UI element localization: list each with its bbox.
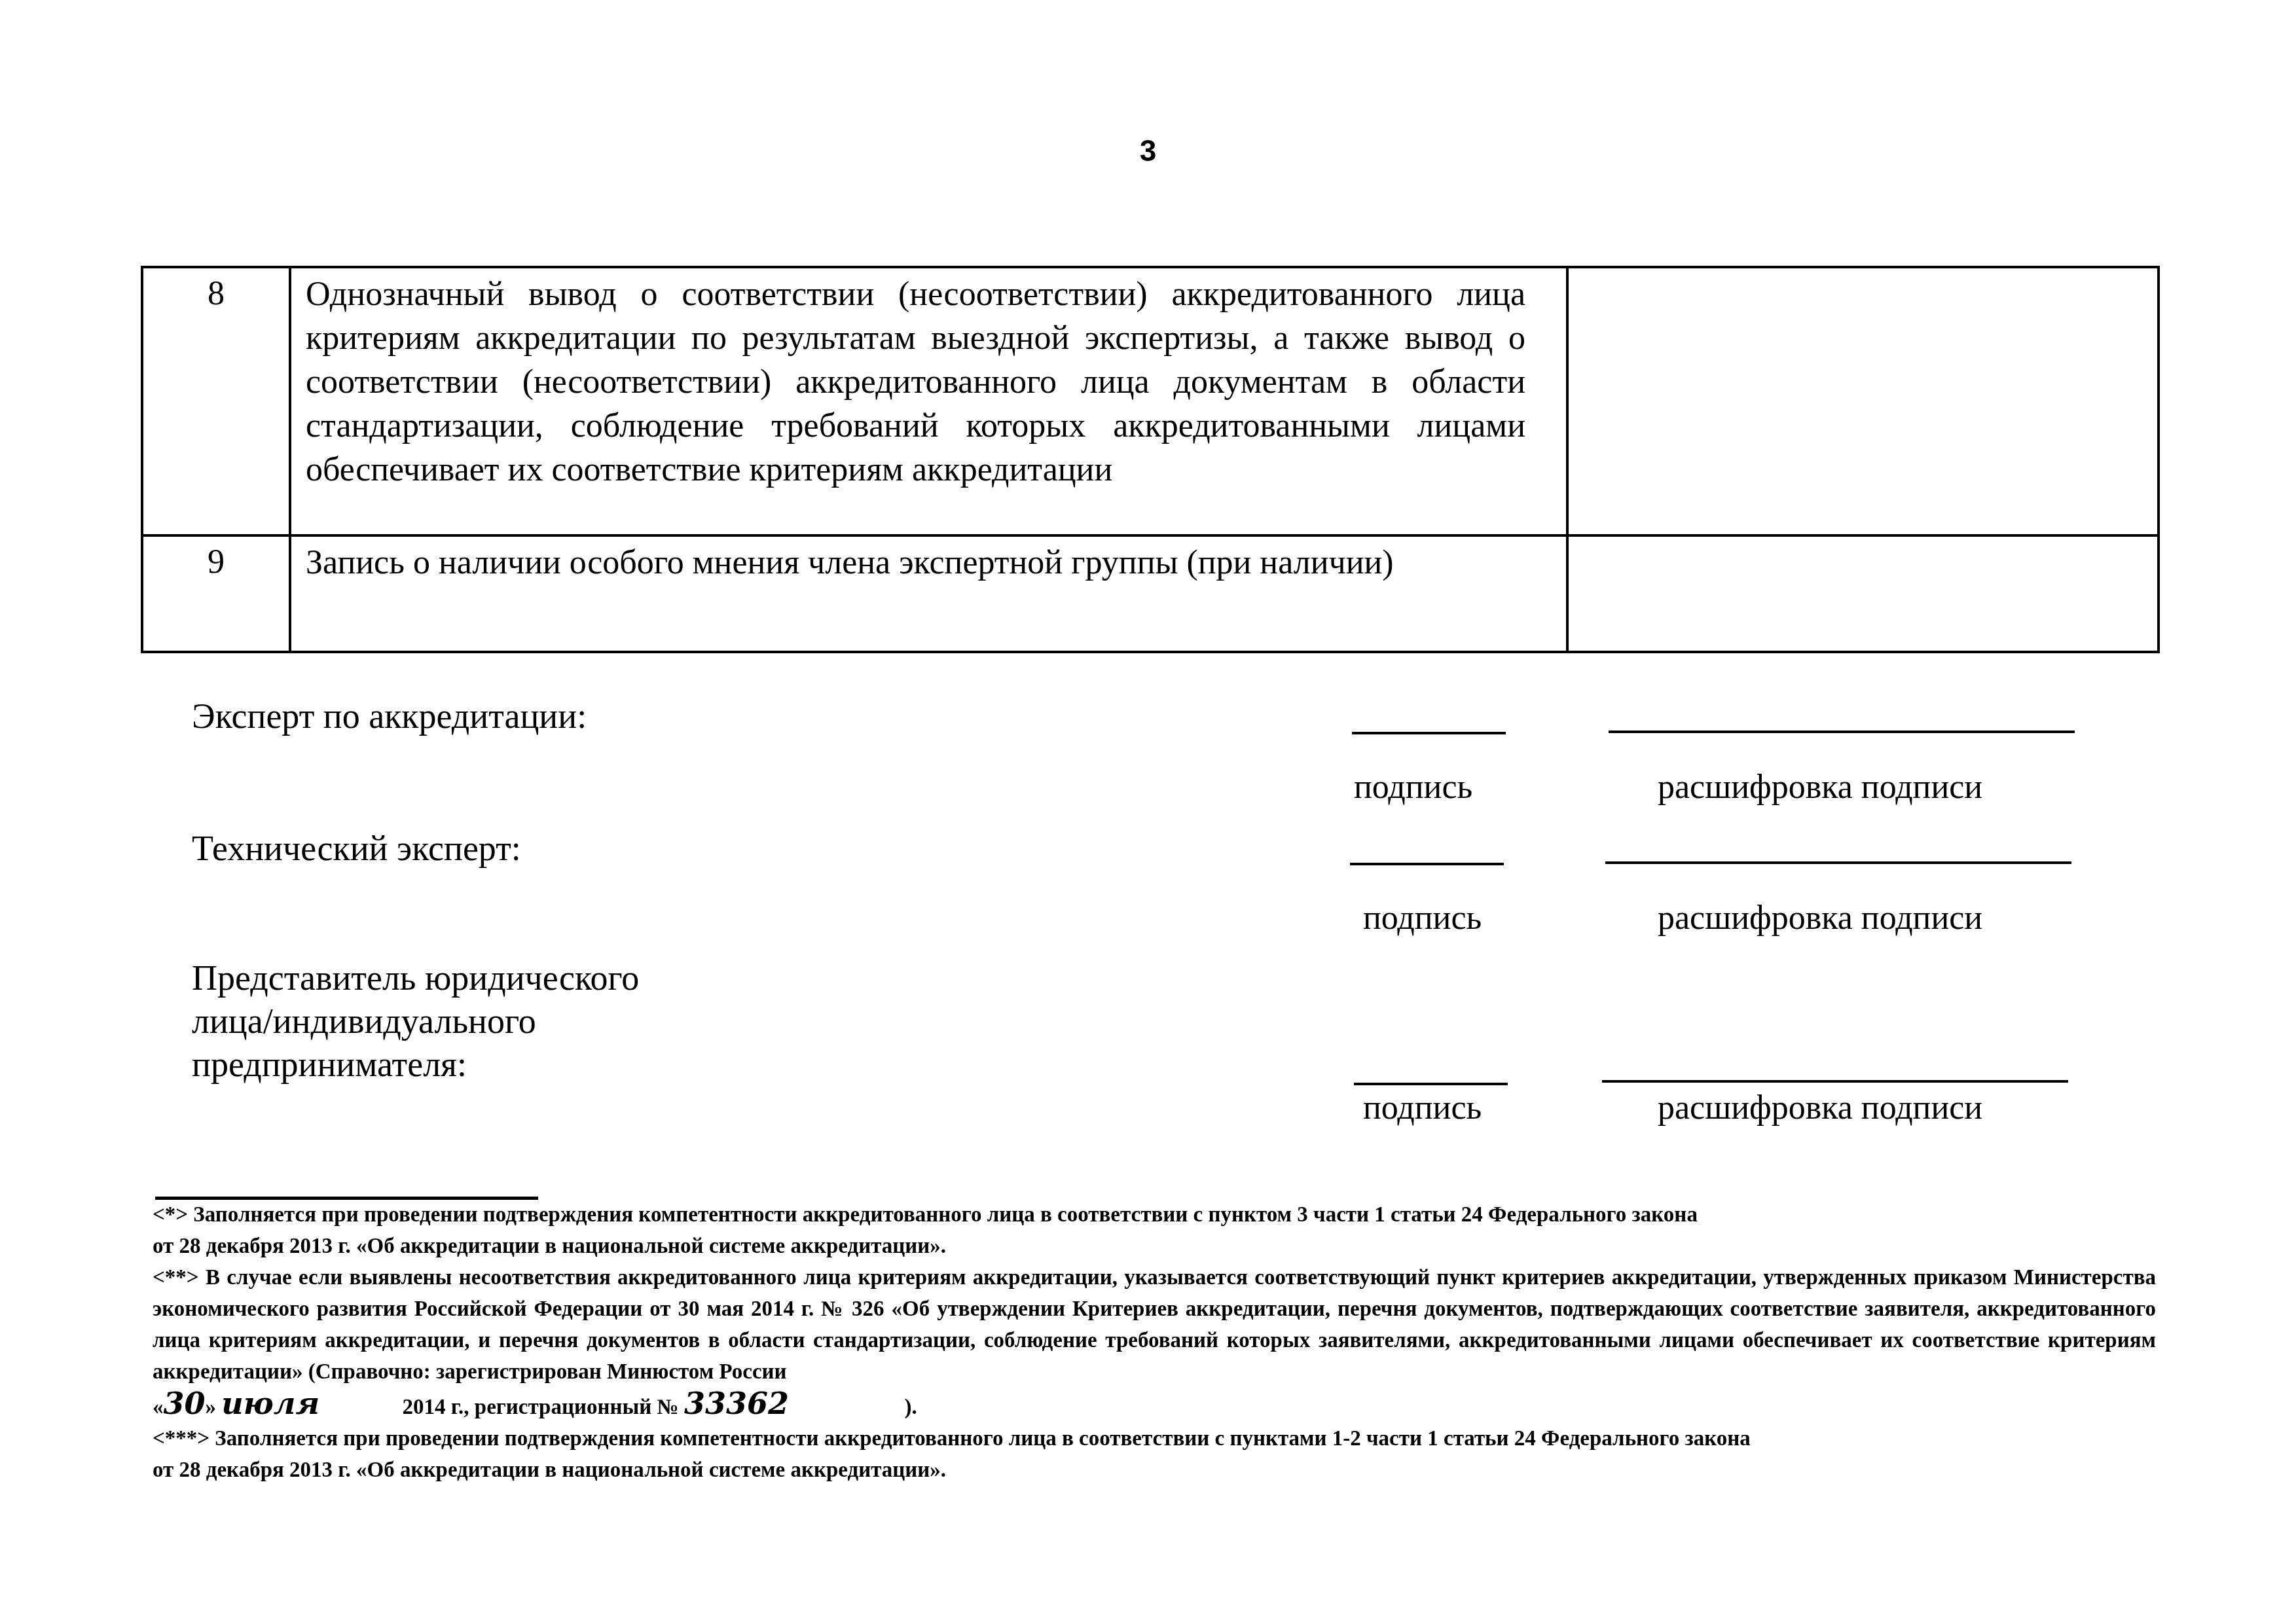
row-value-cell <box>1567 535 2159 652</box>
footnotes: <*> Заполняется при проведении подтвержд… <box>153 1199 2156 1486</box>
row-description: Однозначный вывод о соответствии (несоот… <box>290 267 1567 535</box>
footnote-1: <*> Заполняется при проведении подтвержд… <box>153 1199 2156 1262</box>
page-number: 3 <box>0 131 2296 170</box>
handwritten-day: 30 <box>164 1388 206 1419</box>
criteria-table: 8 Однозначный вывод о соответствии (несо… <box>141 266 2160 653</box>
signature-caption: подпись <box>1363 897 1482 940</box>
table-row: 8 Однозначный вывод о соответствии (несо… <box>142 267 2159 535</box>
signature-decoding-line <box>1605 861 2071 864</box>
footnote-marker: <*> <box>153 1203 188 1227</box>
footnote-text: Заполняется при проведении подтверждения… <box>215 1427 1751 1451</box>
signer-role-line: Представитель юридического <box>192 956 639 1000</box>
footnote-2: <**> В случае если выявлены несоответств… <box>153 1262 2156 1423</box>
signature-line <box>1350 863 1504 865</box>
row-value-cell <box>1567 267 2159 535</box>
signature-caption: подпись <box>1354 766 1472 809</box>
registration-open-quote: « <box>153 1396 164 1419</box>
handwritten-registration-number: 33362 <box>684 1388 789 1419</box>
registration-close-quote: » <box>206 1396 217 1419</box>
signer-role: Технический эксперт: <box>192 826 521 871</box>
footnote-marker: <**> <box>153 1266 199 1290</box>
table-row: 9 Запись о наличии особого мнения члена … <box>142 535 2159 652</box>
signature-decoding-line <box>1609 731 2075 733</box>
signature-decoding-line <box>1602 1080 2068 1083</box>
row-number: 8 <box>142 267 290 535</box>
registration-close: ). <box>904 1396 917 1419</box>
footnote-marker: <***> <box>153 1427 210 1451</box>
signature-decoding-caption: расшифровка подписи <box>1658 1087 1982 1130</box>
row-number: 9 <box>142 535 290 652</box>
footnote-text-last-line: от 28 декабря 2013 г. «Об аккредитации в… <box>153 1235 946 1258</box>
footnote-3: <***> Заполняется при проведении подтвер… <box>153 1423 2156 1486</box>
signer-role-line: предпринимателя: <box>192 1042 467 1087</box>
signer-role-line: лица/индивидуального <box>192 999 536 1043</box>
signature-caption: подпись <box>1363 1087 1482 1130</box>
signature-line <box>1352 732 1506 734</box>
handwritten-month: июля <box>221 1388 319 1419</box>
footnote-text-last-line: от 28 декабря 2013 г. «Об аккредитации в… <box>153 1458 946 1482</box>
registration-year-text: 2014 г., регистрационный № <box>403 1396 679 1419</box>
signer-role: Эксперт по аккредитации: <box>192 694 587 738</box>
footnote-text: Заполняется при проведении подтверждения… <box>193 1203 1698 1227</box>
footnote-text: В случае если выявлены несоответствия ак… <box>153 1266 2156 1384</box>
row-description: Запись о наличии особого мнения члена эк… <box>290 535 1567 652</box>
signature-line <box>1354 1083 1508 1085</box>
signature-decoding-caption: расшифровка подписи <box>1658 766 1982 809</box>
signature-decoding-caption: расшифровка подписи <box>1658 897 1982 940</box>
